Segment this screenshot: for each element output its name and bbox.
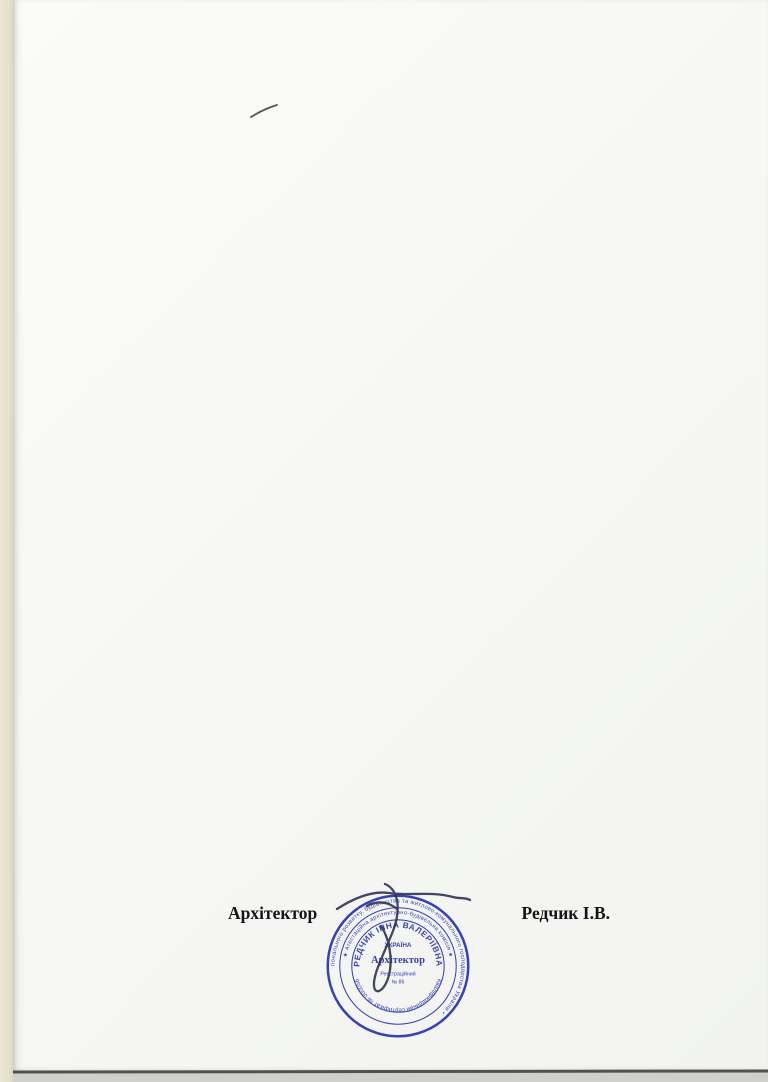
signature-name: Редчик І.В. <box>522 903 611 924</box>
pen-mark-icon <box>249 101 279 125</box>
handwritten-signature <box>327 876 475 1006</box>
page-bottom-edge <box>13 1069 768 1073</box>
signature-role: Архітектор <box>228 903 317 924</box>
scanned-document: РЕЦЕНЗІЯ НА ОСВІТНЬО-ПРОФЕСІЙНУ ПРОГРАМУ… <box>0 0 768 1082</box>
